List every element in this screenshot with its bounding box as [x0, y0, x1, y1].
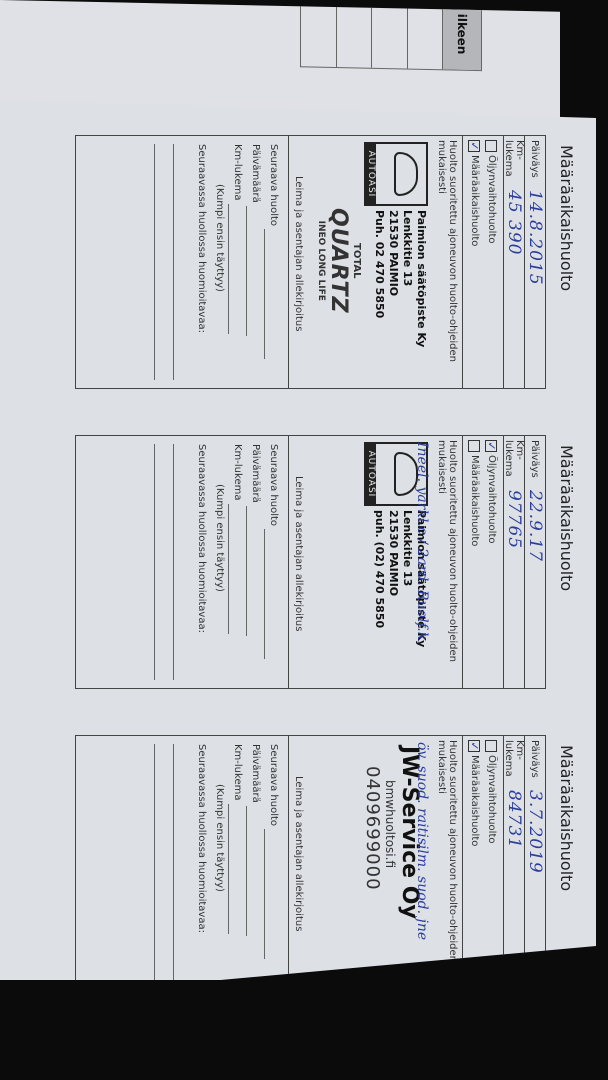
done-by-text: Huolto suoritettu ajoneuvon huolto-ohjei…: [436, 740, 458, 984]
previous-page-table: ilkeen: [300, 6, 482, 71]
service-type: ✓Öljynvaihtohuolto Määräaikaishuolto: [462, 436, 503, 688]
notes-label: Seuraavassa huollossa huomioitavaa:: [192, 144, 210, 380]
scheduled-service-label: Määräaikaishuolto: [469, 155, 480, 246]
date-value: 3.7.2019: [525, 790, 545, 874]
km-label: Km-lukema: [503, 140, 525, 190]
oil-change-checkbox[interactable]: [486, 740, 498, 752]
next-km-label: Km-lukema: [232, 144, 243, 200]
service-entry: Määräaikaishuolto Päiväys 3.7.2019 Km-lu…: [30, 735, 580, 1005]
km-row: Km-lukema 45 390: [503, 136, 524, 388]
background: [0, 980, 608, 1080]
service-entry: Määräaikaishuolto Päiväys 22.9.17 Km-luk…: [30, 435, 580, 705]
notes-label: Seuraavassa huollossa huomioitavaa:: [192, 744, 210, 980]
whichever-first: (Kumpi ensin täyttyy): [210, 144, 228, 380]
service-sheet: Määräaikaishuolto Päiväys 14.8.2015 Km-l…: [30, 135, 580, 1015]
next-service-label: Seuraava huolto: [268, 144, 279, 226]
handwritten-note: Ineel. yarkl.c / 2ard. Ruolf.k.: [414, 442, 430, 645]
section-title: Määräaikaishuolto: [557, 145, 576, 291]
km-value: 97765: [504, 490, 524, 549]
next-service-block: Seuraava huolto Päivämäärä Km-lukema (Ku…: [76, 736, 288, 988]
scheduled-service-checkbox[interactable]: [469, 440, 481, 452]
table-header-fragment: ilkeen: [455, 14, 469, 55]
km-value: 84731: [504, 790, 524, 849]
signature-label: Leima ja asentajan allekirjoitus: [293, 476, 304, 631]
next-date-label: Päivämäärä: [250, 744, 261, 803]
oil-change-label: Öljynvaihtohuolto: [486, 455, 497, 544]
km-label: Km-lukema: [503, 440, 525, 490]
whichever-first: (Kumpi ensin täyttyy): [210, 444, 228, 680]
km-row: Km-lukema 84731: [503, 736, 524, 988]
date-label: Päiväys: [530, 140, 541, 190]
km-row: Km-lukema 97765: [503, 436, 524, 688]
date-row: Päiväys 3.7.2019: [524, 736, 545, 988]
service-type: Öljynvaihtohuolto ✓Määräaikaishuolto: [462, 136, 503, 388]
oil-change-label: Öljynvaihtohuolto: [486, 755, 497, 844]
notes-label: Seuraavassa huollossa huomioitavaa:: [192, 444, 210, 680]
next-service-label: Seuraava huolto: [268, 444, 279, 526]
signature-label: Leima ja asentajan allekirjoitus: [293, 176, 304, 331]
stamp-area: Huolto suoritettu ajoneuvon huolto-ohjei…: [288, 136, 462, 388]
section-title: Määräaikaishuolto: [557, 445, 576, 591]
oil-change-label: Öljynvaihtohuolto: [486, 155, 497, 244]
signature-label: Leima ja asentajan allekirjoitus: [293, 776, 304, 931]
date-label: Päiväys: [530, 740, 541, 790]
service-record-box: Päiväys 14.8.2015 Km-lukema 45 390 Öljyn…: [75, 135, 546, 389]
km-value: 45 390: [504, 190, 524, 255]
autoasi-logo-icon: AUTOASI: [364, 142, 428, 206]
next-service-label: Seuraava huolto: [268, 744, 279, 826]
scheduled-service-label: Määräaikaishuolto: [469, 755, 480, 846]
next-km-label: Km-lukema: [232, 744, 243, 800]
date-label: Päiväys: [530, 440, 541, 490]
stamp-area: Huolto suoritettu ajoneuvon huolto-ohjei…: [288, 736, 462, 988]
service-booklet-page: Määräaikaishuolto Päiväys 14.8.2015 Km-l…: [0, 100, 596, 1000]
date-value: 22.9.17: [525, 490, 545, 562]
service-entry: Määräaikaishuolto Päiväys 14.8.2015 Km-l…: [30, 135, 580, 405]
service-record-box: Päiväys 22.9.17 Km-lukema 97765 ✓Öljynva…: [75, 435, 546, 689]
scheduled-service-label: Määräaikaishuolto: [469, 455, 480, 546]
next-service-block: Seuraava huolto Päivämäärä Km-lukema (Ku…: [76, 436, 288, 688]
jw-service-stamp: JW-Service Oybmwhuoltosi.fi0409699000: [362, 746, 422, 919]
section-title: Määräaikaishuolto: [557, 745, 576, 891]
oil-change-checkbox[interactable]: ✓: [486, 440, 498, 452]
date-row: Päiväys 22.9.17: [524, 436, 545, 688]
handwritten-note: öv. suod. raitisilm. suod. jne: [414, 742, 430, 940]
done-by-text: Huolto suoritettu ajoneuvon huolto-ohjei…: [436, 140, 458, 384]
stamp-area: Huolto suoritettu ajoneuvon huolto-ohjei…: [288, 436, 462, 688]
scheduled-service-checkbox[interactable]: ✓: [469, 740, 481, 752]
whichever-first: (Kumpi ensin täyttyy): [210, 744, 228, 980]
total-quartz-logo: TOTALQUARTZINEO LONG LIFE: [316, 208, 362, 314]
next-service-block: Seuraava huolto Päivämäärä Km-lukema (Ku…: [76, 136, 288, 388]
km-label: Km-lukema: [503, 740, 525, 790]
oil-change-checkbox[interactable]: [486, 140, 498, 152]
date-row: Päiväys 14.8.2015: [524, 136, 545, 388]
service-record-box: Päiväys 3.7.2019 Km-lukema 84731 Öljynva…: [75, 735, 546, 989]
next-date-label: Päivämäärä: [250, 144, 261, 203]
service-type: Öljynvaihtohuolto ✓Määräaikaishuolto: [462, 736, 503, 988]
done-by-text: Huolto suoritettu ajoneuvon huolto-ohjei…: [436, 440, 458, 684]
next-date-label: Päivämäärä: [250, 444, 261, 503]
next-km-label: Km-lukema: [232, 444, 243, 500]
date-value: 14.8.2015: [525, 190, 545, 286]
scheduled-service-checkbox[interactable]: ✓: [469, 140, 481, 152]
workshop-stamp: AUTOASIPaimion säätöpiste KyLenkkitie 13…: [364, 142, 428, 347]
